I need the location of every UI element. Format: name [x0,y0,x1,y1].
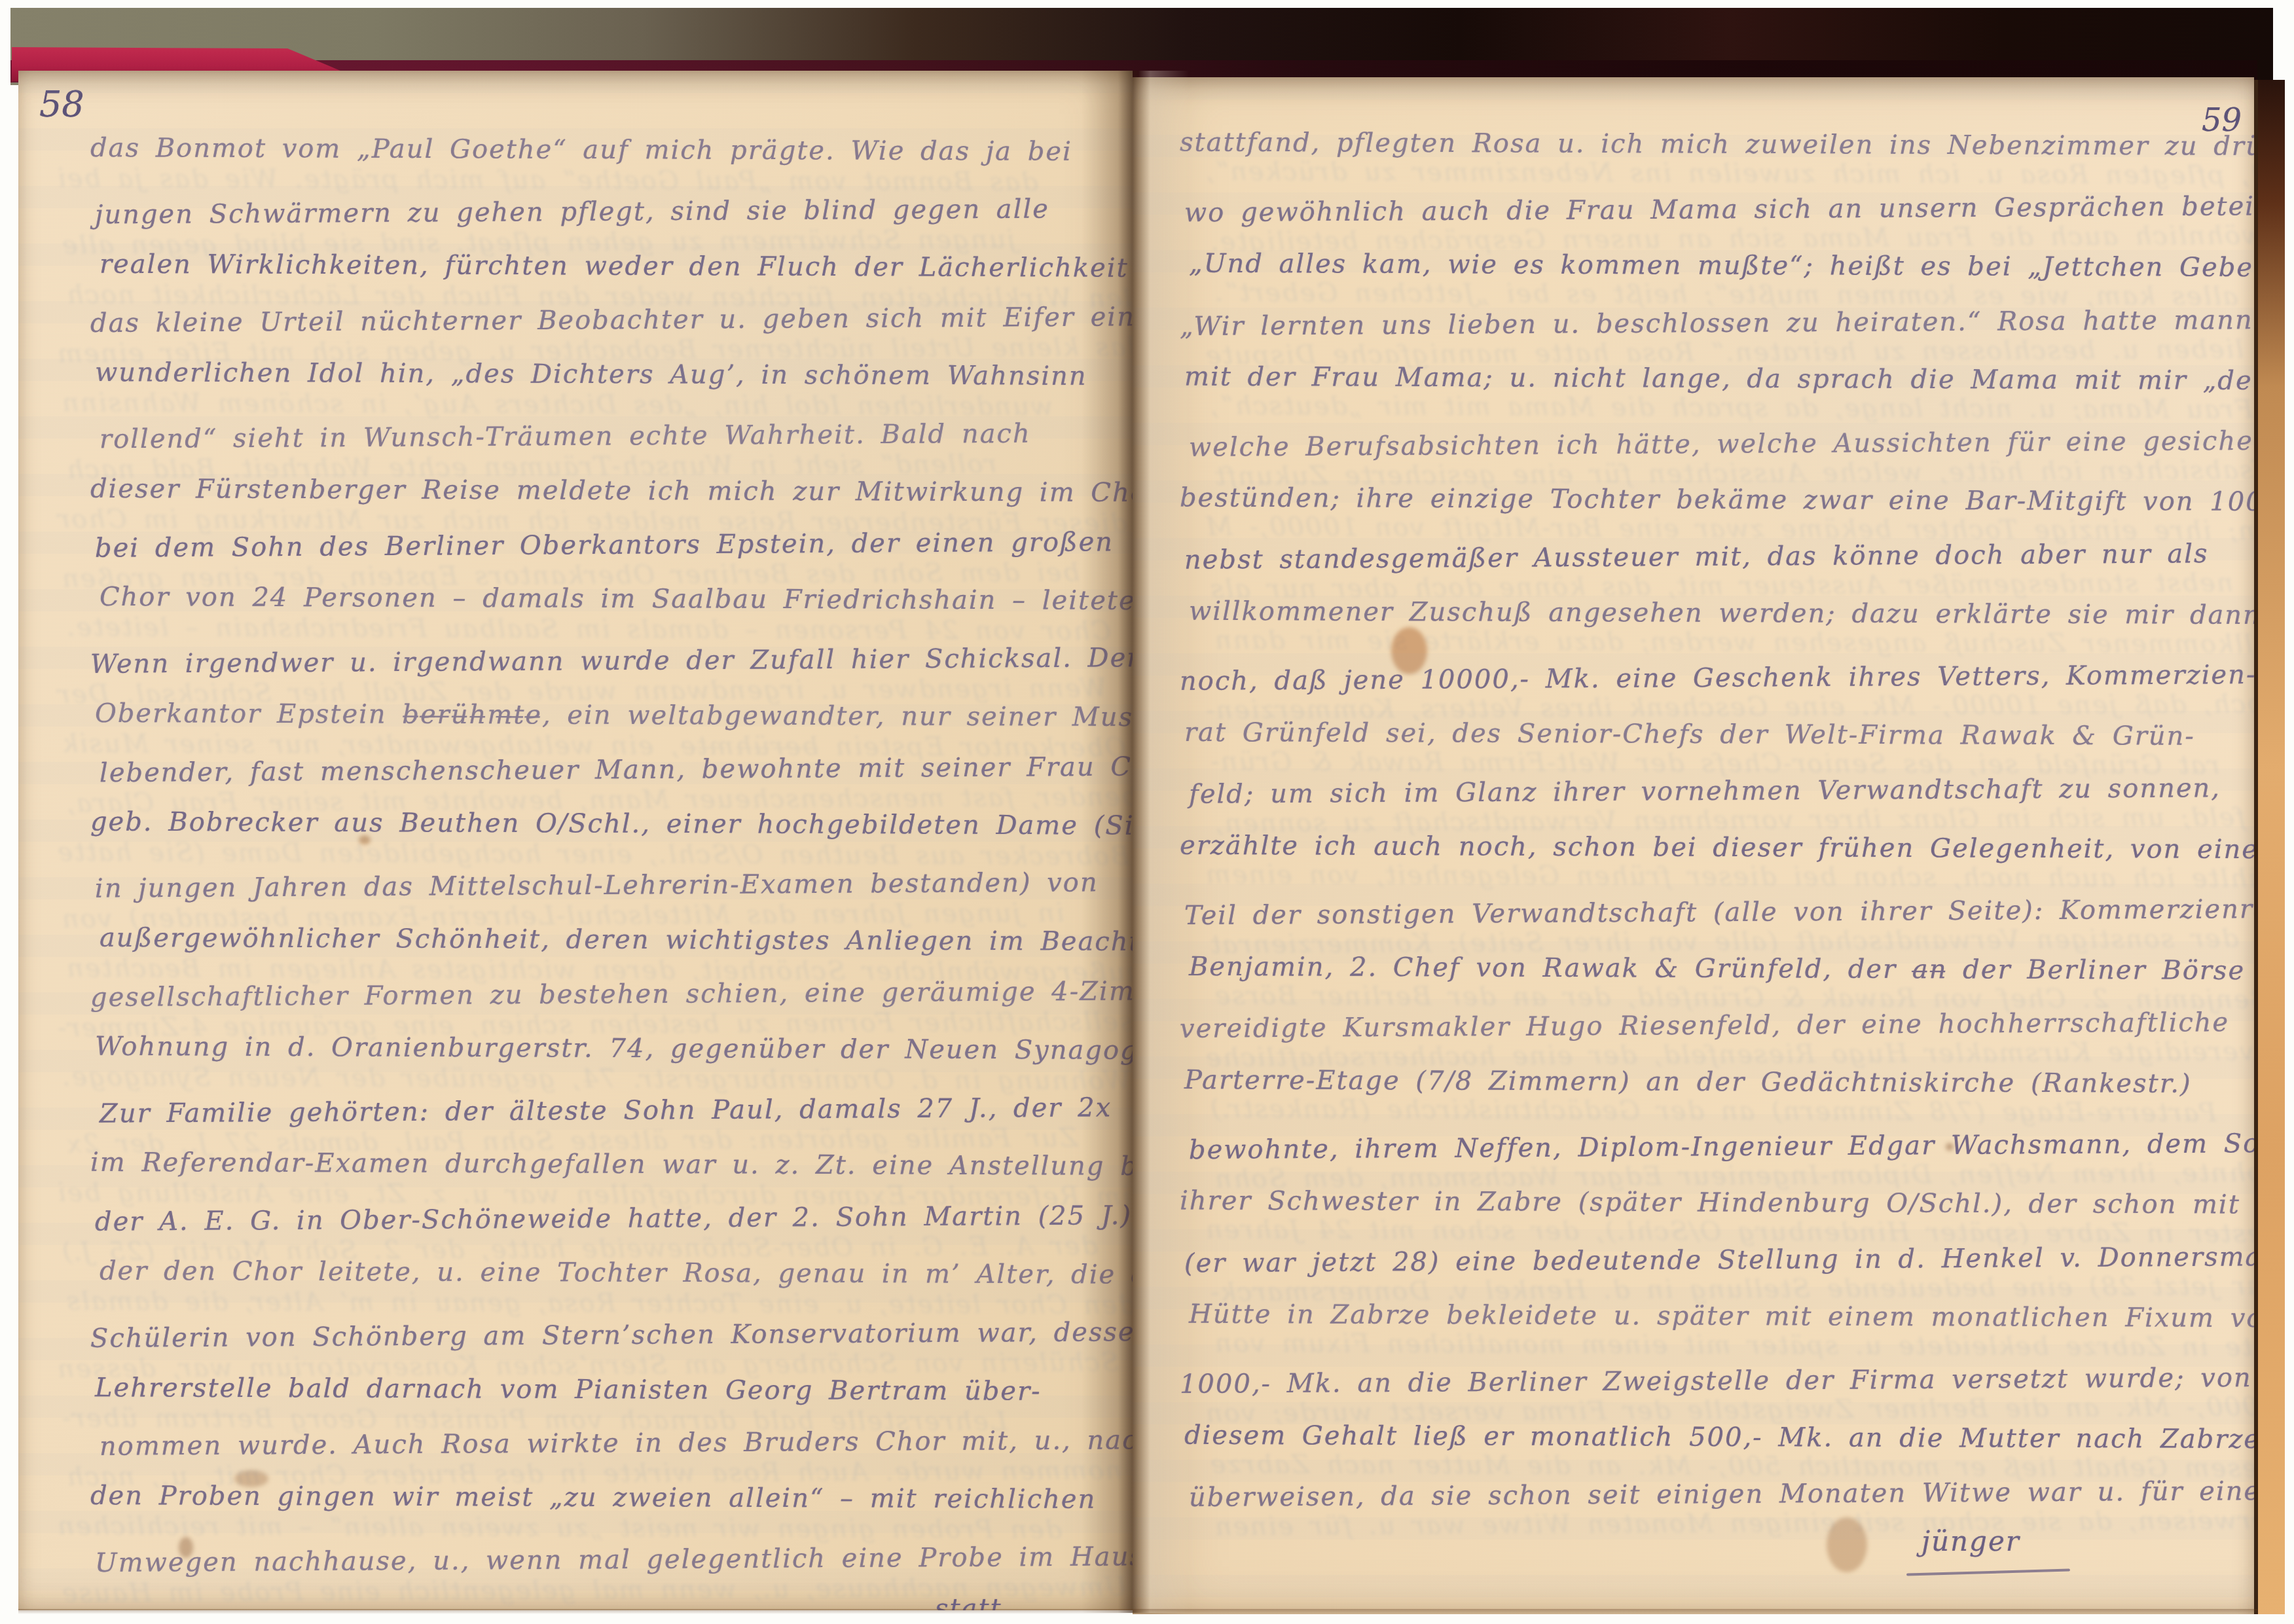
bleedthrough-line: geb. Bobrecker aus Beuthen O/Schl., eine… [56,837,1133,871]
handwritten-line: welche Berufsabsichten ich hätte, welche… [1189,425,2254,463]
handwritten-line: das Bonmot vom „Paul Goethe“ auf mich pr… [90,133,1072,167]
handwritten-line: den Proben gingen wir meist „zu zweien a… [90,1481,1096,1515]
catchword-underline [1906,1569,2070,1576]
handwritten-line: gesellschaftlicher Formen zu bestehen sc… [90,976,1133,1013]
page-number-59: 59 [2202,102,2242,139]
bleedthrough-line: mit der Frau Mama; u. nicht lange, da sp… [1209,391,2254,425]
handwritten-line: außergewöhnlicher Schönheit, deren wicht… [100,923,1133,957]
handwritten-line: Umwegen nachhause, u., wenn mal gelegent… [95,1542,1133,1578]
handwritten-line: Hütte in Zabrze bekleidete u. später mit… [1189,1299,2254,1333]
handwritten-line: lebender, fast menschenscheuer Mann, bew… [100,751,1133,788]
handwritten-line: noch, daß jene 10000,- Mk. eine Geschenk… [1180,659,2254,696]
bleedthrough-line: der den Chor leitete, u. eine Tochter Ro… [65,1286,1133,1321]
handwritten-line: willkommener Zuschuß angesehen werden; d… [1189,596,2254,630]
stain [179,1537,193,1558]
handwritten-line: ihrer Schwester in Zabre (später Hindenb… [1180,1185,2254,1220]
bottom-edge-shadow [18,1609,2257,1614]
page-edge-strip [2254,80,2285,1614]
handwritten-line: rat Grünfeld sei, des Senior-Chefs der W… [1184,717,2195,751]
bleedthrough-line: Parterre-Etage (7/8 Zimmern) an der Gedä… [1209,1094,2217,1128]
handwritten-line: erzählte ich auch noch, schon bei dieser… [1180,831,2254,865]
bleedthrough-line: das Bonmot vom „Paul Goethe“ auf mich pr… [56,163,1038,197]
handwritten-line: Zur Familie gehörten: der älteste Sohn P… [100,1092,1112,1128]
stain [1946,1143,1954,1151]
handwritten-line: Oberkantor Epstein b̶e̶r̶ü̶h̶m̶t̶e̶, ein… [95,698,1133,732]
page-number-58: 58 [39,84,84,125]
stain [359,835,371,844]
handwritten-line: „Wir lernten uns lieben u. beschlossen z… [1180,303,2254,341]
book-scan: das Bonmot vom „Paul Goethe“ auf mich pr… [0,0,2294,1624]
bleedthrough-line: erzählte ich auch noch, schon bei dieser… [1205,859,2254,893]
handwritten-line: nebst standesgemäßer Aussteuer mit, das … [1184,539,2209,575]
bleedthrough-line: den Proben gingen wir meist „zu zweien a… [56,1511,1062,1545]
handwritten-line: Lehrerstelle bald darnach vom Pianisten … [95,1373,1042,1407]
handwritten-line: rollend“ sieht in Wunsch-Träumen echte W… [100,419,1031,455]
handwritten-line: realen Wirklichkeiten, fürchten weder de… [100,249,1133,283]
bleedthrough-line: wunderlichen Idol hin, „des Dichters Aug… [61,388,1053,422]
handwritten-line: dieser Fürstenberger Reise meldete ich m… [90,474,1133,508]
handwritten-line: (er war jetzt 28) eine bedeutende Stellu… [1184,1241,2254,1278]
handwritten-line: der den Chor leitete, u. eine Tochter Ro… [100,1256,1133,1291]
page-left: das Bonmot vom „Paul Goethe“ auf mich pr… [18,71,1133,1610]
bleedthrough-line: Hütte in Zabrze bekleidete u. später mit… [1214,1328,2254,1362]
handwritten-line: Benjamin, 2. Chef von Rawak & Grünfeld, … [1189,952,2245,986]
bleedthrough-line: Wohnung in d. Oranienburgerstr. 74, gege… [61,1062,1131,1096]
handwritten-line: Wohnung in d. Oranienburgerstr. 74, gege… [95,1032,1133,1066]
handwritten-line: mit der Frau Mama; u. nicht lange, da sp… [1184,362,2254,397]
handwritten-line: überweisen, da sie schon seit einigen Mo… [1189,1475,2254,1512]
handwritten-line: 1000,- Mk. an die Berliner Zweigstelle d… [1180,1362,2252,1399]
handwritten-line: bestünden; ihre einzige Tochter bekäme z… [1180,483,2254,518]
stain [1827,1517,1867,1572]
stain [1391,627,1427,674]
bleedthrough-line: willkommener Zuschuß angesehen werden; d… [1214,625,2254,659]
handwritten-line: diesem Gehalt ließ er monatlich 500,- Mk… [1184,1420,2254,1454]
handwritten-line: Schülerin von Schönberg am Stern’schen K… [90,1317,1133,1354]
handwritten-line: Parterre-Etage (7/8 Zimmern) an der Gedä… [1184,1065,2192,1099]
handwritten-line: jungen Schwärmern zu gehen pflegt, sind … [95,194,1049,230]
handwritten-line: geb. Bobrecker aus Beuthen O/Schl., eine… [90,806,1133,841]
handwritten-line: vereidigte Kursmakler Hugo Riesenfeld, d… [1180,1007,2229,1044]
handwritten-line: bewohnte, ihrem Neffen, Diplom-Ingenieur… [1189,1128,2254,1164]
handwritten-line: feld; um sich im Glanz ihrer vornehmen V… [1189,773,2221,810]
handwritten-line: „Und alles kam, wie es kommen mußte“; he… [1189,249,2254,283]
handwritten-line: wunderlichen Idol hin, „des Dichters Aug… [95,357,1087,391]
handwritten-line: im Referendar-Examen durchgefallen war u… [90,1147,1133,1182]
handwritten-line: wo gewöhnlich auch die Frau Mama sich an… [1184,190,2254,228]
handwritten-line: stattfand, pflegten Rosa u. ich mich zuw… [1180,128,2254,162]
catchword-left: statt [935,1593,1002,1610]
stain [234,1470,268,1487]
bleedthrough-line: Chor von 24 Personen – damals im Saalbau… [65,612,1112,646]
handwritten-line: Chor von 24 Personen – damals im Saalbau… [100,582,1133,616]
catchword-right: jünger [1921,1525,2020,1557]
handwritten-line: Teil der sonstigen Verwandtschaft (alle … [1184,893,2254,930]
page-right: stattfand, pflegten Rosa u. ich mich zuw… [1133,77,2254,1614]
bleedthrough-line: stattfand, pflegten Rosa u. ich mich zuw… [1205,156,2254,191]
handwritten-line: bei dem Sohn des Berliner Oberkantors Ep… [95,527,1114,564]
